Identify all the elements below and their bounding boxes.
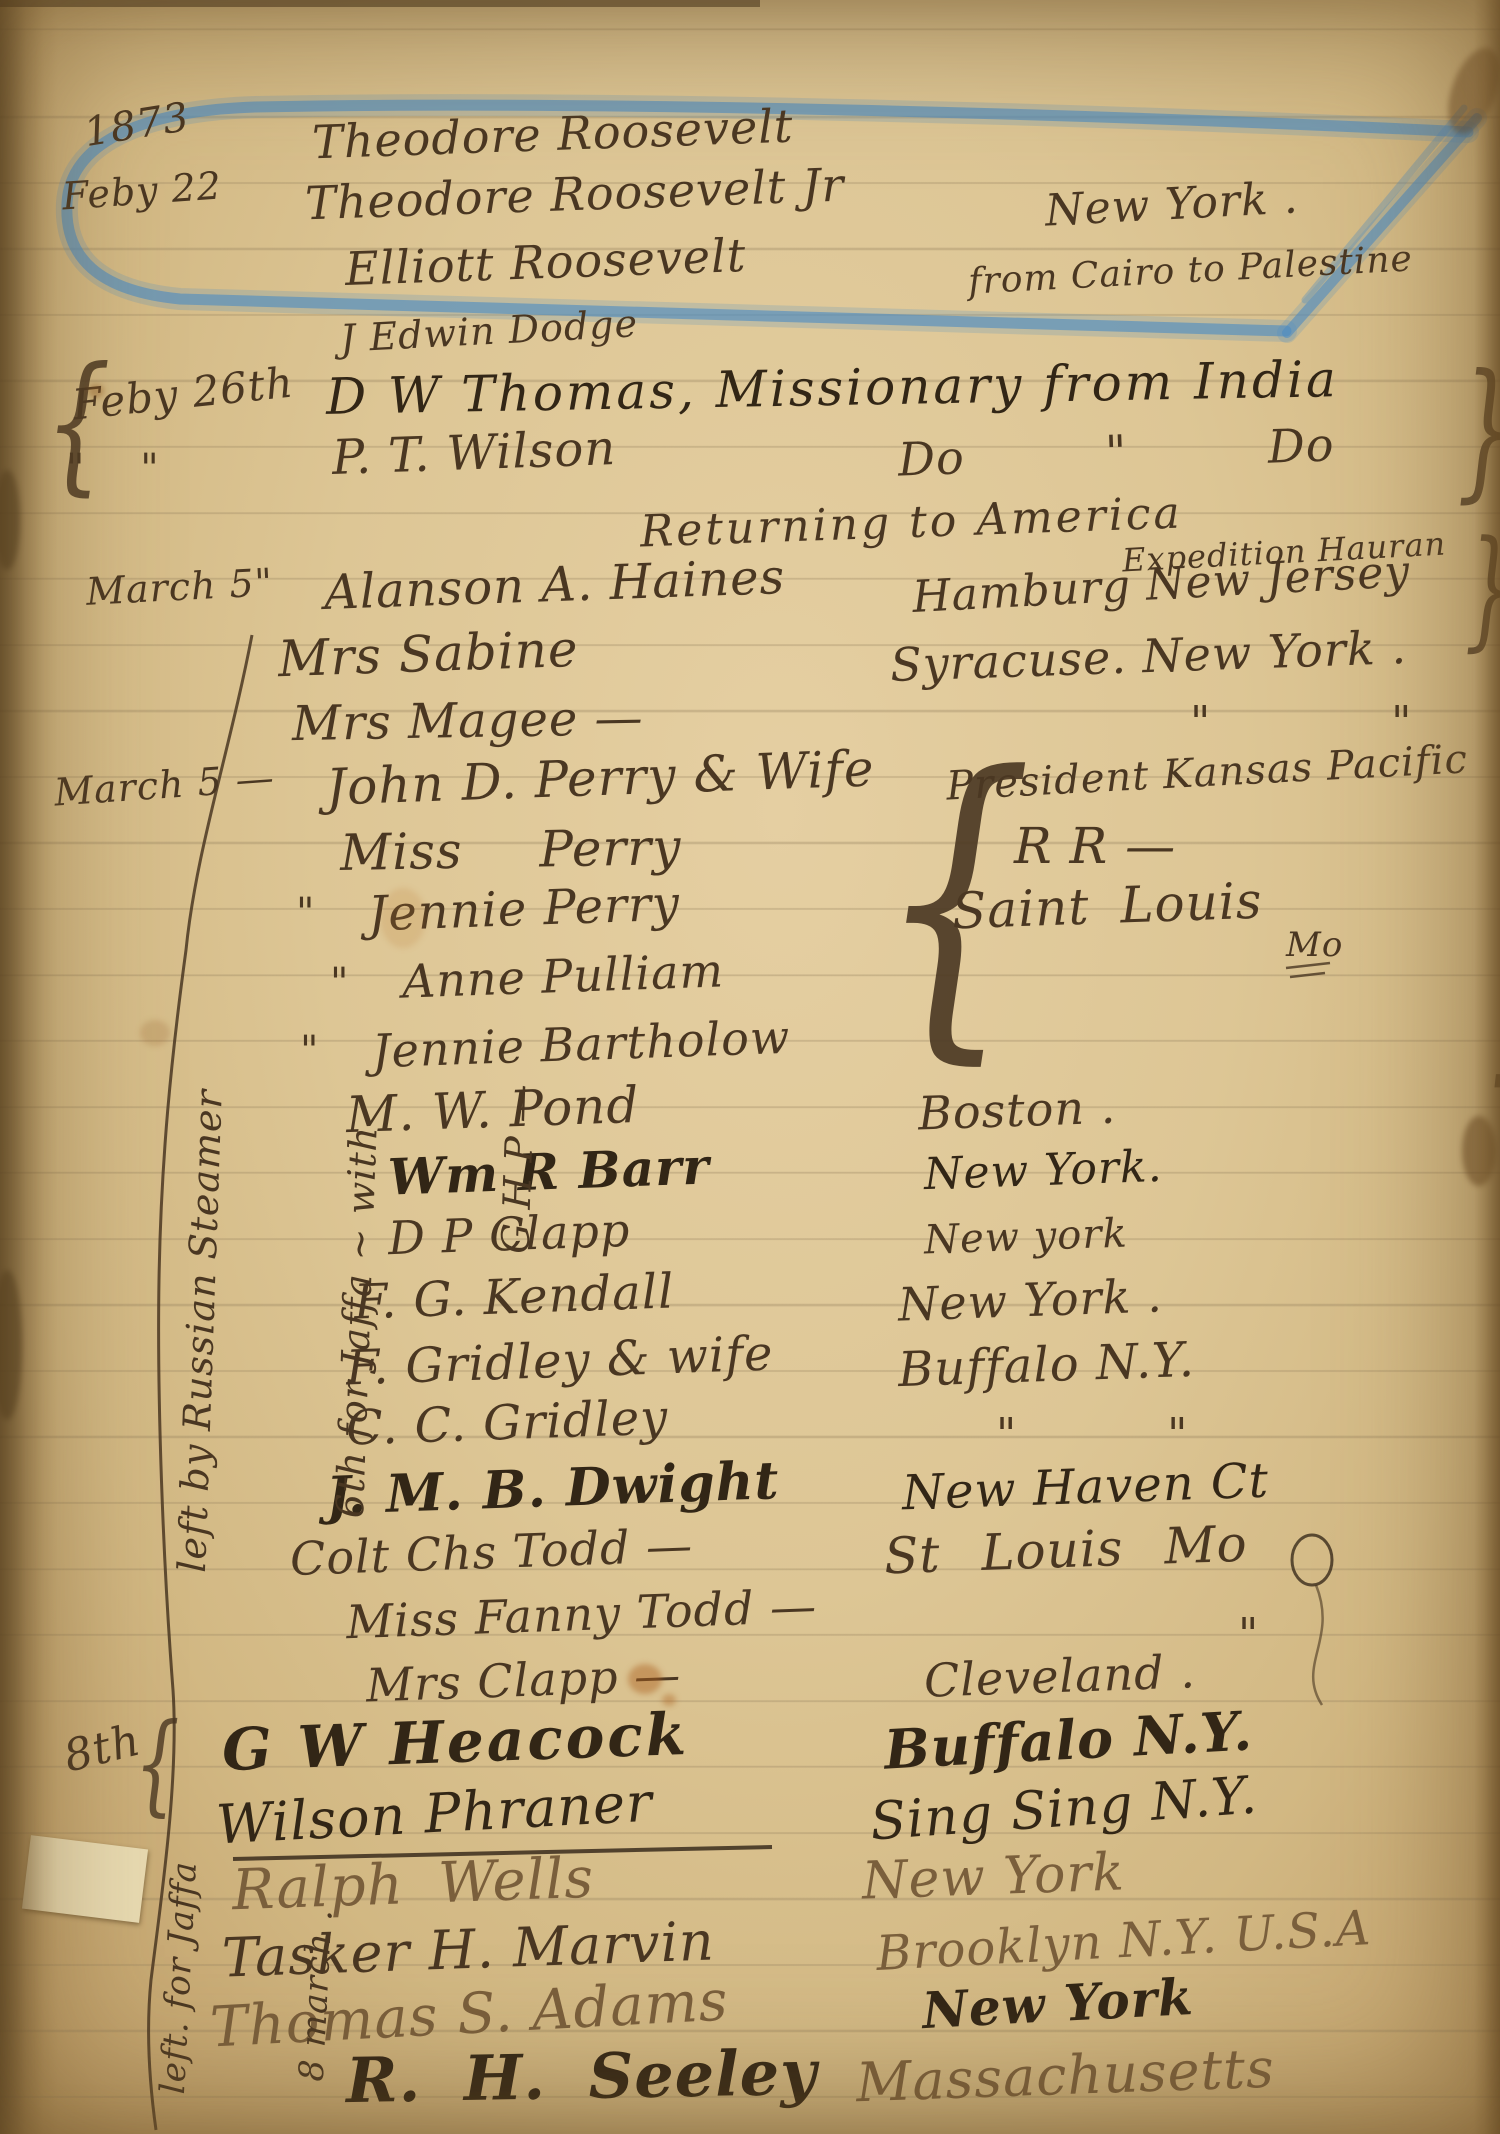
register-page: 1873 Theodore Roosevelt Feby 22 Theodore…: [0, 0, 1500, 2134]
page-vignette: [0, 0, 1500, 2134]
